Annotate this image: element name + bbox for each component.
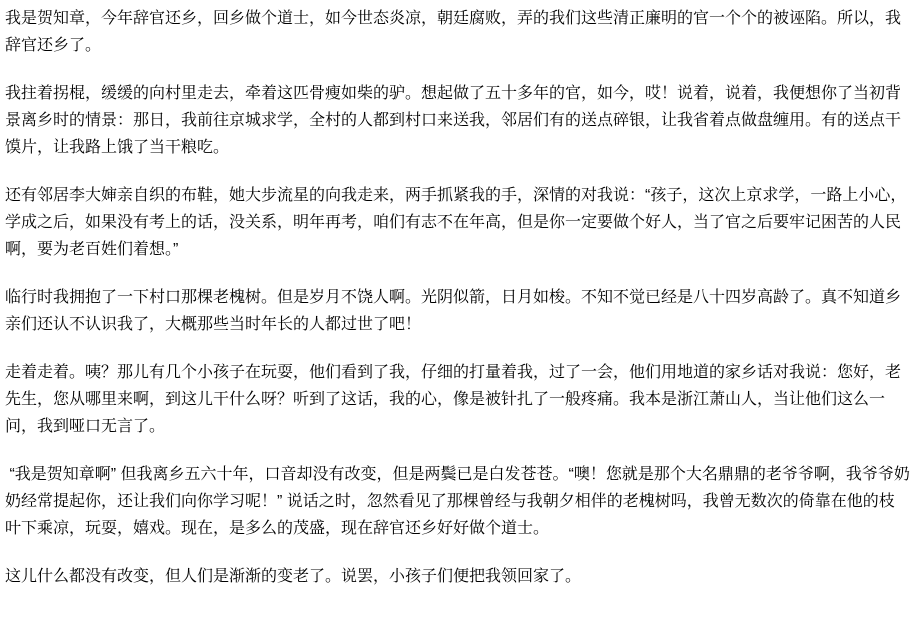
paragraph: 我拄着拐棍，缓缓的向村里走去，牵着这匹骨瘦如柴的驴。想起做了五十多年的官，如今，… <box>5 80 910 161</box>
paragraph: 这儿什么都没有改变，但人们是渐渐的变老了。说罢，小孩子们便把我领回家了。 <box>5 563 910 590</box>
document-body: 我是贺知章，今年辞官还乡，回乡做个道士，如今世态炎凉，朝廷腐败，弄的我们这些清正… <box>0 0 914 590</box>
paragraph: 我是贺知章，今年辞官还乡，回乡做个道士，如今世态炎凉，朝廷腐败，弄的我们这些清正… <box>5 5 910 59</box>
paragraph: 临行时我拥抱了一下村口那棵老槐树。但是岁月不饶人啊。光阴似箭，日月如梭。不知不觉… <box>5 284 910 338</box>
paragraph: “我是贺知章啊” 但我离乡五六十年，口音却没有改变，但是两鬓已是白发苍苍。“噢！… <box>5 461 910 542</box>
paragraph: 走着走着。咦？那儿有几个小孩子在玩耍，他们看到了我，仔细的打量着我，过了一会，他… <box>5 359 910 440</box>
paragraph: 还有邻居李大婶亲自织的布鞋，她大步流星的向我走来，两手抓紧我的手，深情的对我说：… <box>5 182 910 263</box>
